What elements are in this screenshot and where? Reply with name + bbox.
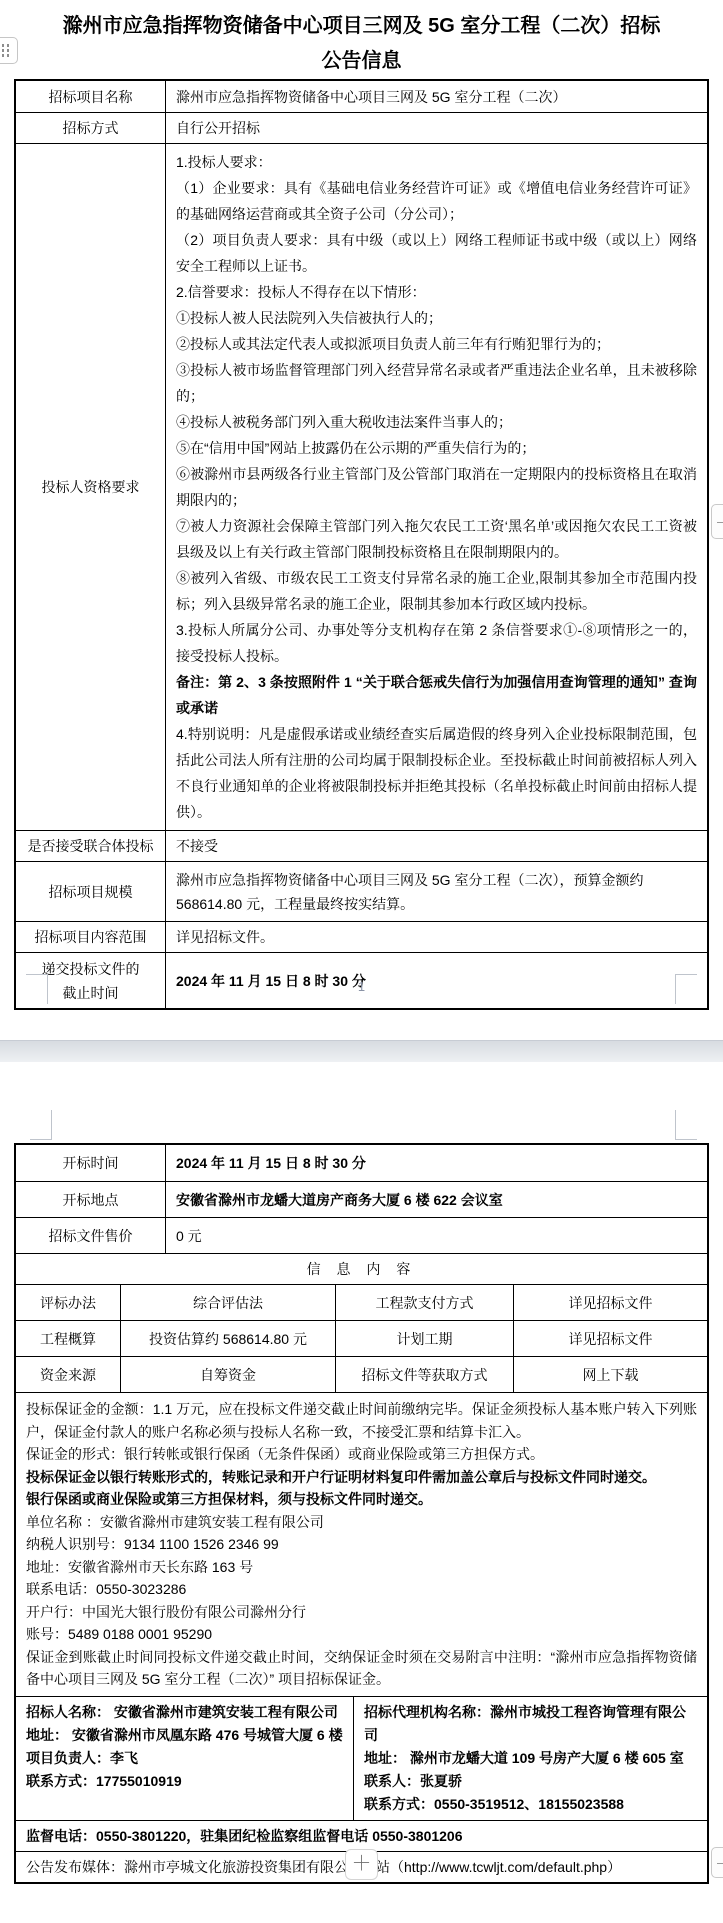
table-row-scope: 招标项目内容范围 详见招标文件。	[16, 921, 707, 952]
row-label: 招标项目内容范围	[16, 922, 166, 952]
info-cell: 招标文件等获取方式	[336, 1357, 514, 1392]
row-label: 投标人资格要求	[16, 144, 166, 830]
handle-mark-icon	[717, 1863, 723, 1868]
page-separator-band	[0, 1040, 723, 1062]
info-grid-row: 工程概算 投资估算约 568614.80 元 计划工期 详见招标文件	[16, 1320, 707, 1356]
qualification-paragraph: 1.投标人要求：	[176, 149, 697, 175]
info-cell: 投资估算约 568614.80 元	[121, 1321, 336, 1356]
row-value: 2024 年 11 月 15 日 8 时 30 分	[166, 1145, 707, 1181]
page-number: 1	[0, 979, 723, 994]
document-title: 滁州市应急指挥物资储备中心项目三网及 5G 室分工程（二次）招标 公告信息	[0, 0, 723, 78]
qualification-paragraph: ⑧被列入省级、市级农民工工资支付异常名录的施工企业,限制其参加全市范围内投标；列…	[176, 565, 697, 617]
row-label: 开标地点	[16, 1182, 166, 1217]
document-title-line1: 滁州市应急指挥物资储备中心项目三网及 5G 室分工程（二次）招标	[0, 10, 723, 43]
agency-contact-block: 招标代理机构名称：滁州市城投工程咨询管理有限公司地址： 滁州市龙蟠大道 109 …	[354, 1697, 707, 1820]
qualification-paragraph: ③投标人被市场监督管理部门列入经营异常名录或者严重违法企业名单，且未被移除的；	[176, 357, 697, 409]
table-row-method: 招标方式 自行公开招标	[16, 112, 707, 143]
side-handle-button[interactable]	[711, 504, 723, 539]
page-corner-mark	[30, 1110, 52, 1140]
deposit-paragraph: 银行保函或商业保险或第三方担保材料，须与投标文件同时递交。	[26, 1488, 697, 1511]
qualification-paragraph: ④投标人被税务部门列入重大税收违法案件当事人的；	[176, 409, 697, 435]
agency-contact-line: 招标代理机构名称：滁州市城投工程咨询管理有限公司	[364, 1701, 697, 1747]
bidder-contact-block: 招标人名称： 安徽省滁州市建筑安装工程有限公司地址： 安徽省滁州市凤凰东路 47…	[16, 1697, 354, 1820]
row-value: 滁州市应急指挥物资储备中心项目三网及 5G 室分工程（二次），预算金额约 568…	[166, 862, 707, 921]
tender-info-table: 招标项目名称 滁州市应急指挥物资储备中心项目三网及 5G 室分工程（二次） 招标…	[14, 79, 709, 1010]
bidder-contact-line: 项目负责人：李飞	[26, 1747, 343, 1770]
deposit-paragraph: 投标保证金的金额：1.1 万元，应在投标文件递交截止时间前缴纳完毕。保证金须投标…	[26, 1398, 697, 1443]
contacts-section: 招标人名称： 安徽省滁州市建筑安装工程有限公司地址： 安徽省滁州市凤凰东路 47…	[16, 1696, 707, 1820]
qualification-paragraph: ⑥被滁州市县两级各行业主管部门及公管部门取消在一定期限内的投标资格且在取消期限内…	[176, 461, 697, 513]
qualification-paragraph: 2.信誉要求：投标人不得存在以下情形：	[176, 279, 697, 305]
qualification-paragraph: 3.投标人所属分公司、办事处等分支机构存在第 2 条信誉要求①-⑧项情形之一的，…	[176, 617, 697, 669]
info-cell: 详见招标文件	[514, 1321, 707, 1356]
qualification-paragraph: （1）企业要求：具有《基础电信业务经营许可证》或《增值电信业务经营许可证》的基础…	[176, 175, 697, 227]
qualification-paragraph: （2）项目负责人要求：具有中级（或以上）网络工程师证书或中级（或以上）网络安全工…	[176, 227, 697, 279]
table-row-qualification: 投标人资格要求 1.投标人要求：（1）企业要求：具有《基础电信业务经营许可证》或…	[16, 143, 707, 830]
bidder-contact-line: 招标人名称： 安徽省滁州市建筑安装工程有限公司	[26, 1701, 343, 1724]
info-cell: 计划工期	[336, 1321, 514, 1356]
row-label: 招标文件售价	[16, 1218, 166, 1253]
info-cell: 网上下载	[514, 1357, 707, 1392]
table-row-open-place: 开标地点 安徽省滁州市龙蟠大道房产商务大厦 6 楼 622 会议室	[16, 1181, 707, 1217]
deposit-paragraph: 保证金到账截止时间同投标文件递交截止时间，交纳保证金时须在交易附言中注明：“滁州…	[26, 1646, 697, 1691]
agency-contact-line: 联系方式：0550-3519512、18155023588	[364, 1793, 697, 1816]
agency-contact-line: 联系人：张夏骄	[364, 1770, 697, 1793]
info-cell: 详见招标文件	[514, 1285, 707, 1320]
drag-dots-icon	[2, 44, 10, 57]
info-cell: 自筹资金	[121, 1357, 336, 1392]
bidder-contact-line: 联系方式：17755010919	[26, 1770, 343, 1793]
deposit-paragraph: 纳税人识别号：9134 1100 1526 2346 99	[26, 1533, 697, 1556]
info-grid-row: 评标办法 综合评估法 工程款支付方式 详见招标文件	[16, 1284, 707, 1320]
deposit-paragraph: 开户行：中国光大银行股份有限公司滁州分行	[26, 1601, 697, 1624]
table-row-consortium: 是否接受联合体投标 不接受	[16, 830, 707, 861]
document-viewer: 滁州市应急指挥物资储备中心项目三网及 5G 室分工程（二次）招标 公告信息 招标…	[0, 0, 723, 1923]
agency-contact-line: 地址： 滁州市龙蟠大道 109 号房产大厦 6 楼 605 室	[364, 1747, 697, 1770]
qualification-paragraph: ②投标人或其法定代表人或拟派项目负责人前三年有行贿犯罪行为的；	[176, 331, 697, 357]
deposit-paragraph: 联系电话：0550-3023286	[26, 1578, 697, 1601]
row-value: 自行公开招标	[166, 113, 707, 143]
info-cell: 工程款支付方式	[336, 1285, 514, 1320]
info-cell: 综合评估法	[121, 1285, 336, 1320]
qualification-paragraph: 备注：第 2、3 条按照附件 1 “关于联合惩戒失信行为加强信用查询管理的通知”…	[176, 669, 697, 721]
handle-mark-icon	[717, 522, 723, 527]
row-value: 安徽省滁州市龙蟠大道房产商务大厦 6 楼 622 会议室	[166, 1182, 707, 1217]
qualification-paragraph: ⑦被人力资源社会保障主管部门列入拖欠农民工工资‘黑名单’或因拖欠农民工工资被县级…	[176, 513, 697, 565]
table-row-open-time: 开标时间 2024 年 11 月 15 日 8 时 30 分	[16, 1145, 707, 1181]
row-value: 不接受	[166, 831, 707, 861]
add-content-button[interactable]: ＋	[345, 1849, 378, 1880]
row-value: 滁州市应急指挥物资储备中心项目三网及 5G 室分工程（二次）	[166, 81, 707, 112]
info-cell: 评标办法	[16, 1285, 121, 1320]
qualification-paragraph: ⑤在“信用中国”网站上披露仍在公示期的严重失信行为的；	[176, 435, 697, 461]
deposit-paragraph: 账号：5489 0188 0001 95290	[26, 1623, 697, 1646]
row-label: 招标项目规模	[16, 862, 166, 921]
side-handle-button[interactable]	[711, 1847, 723, 1878]
deposit-paragraph: 地址：安徽省滁州市天长东路 163 号	[26, 1556, 697, 1579]
page-2: 开标时间 2024 年 11 月 15 日 8 时 30 分 开标地点 安徽省滁…	[0, 1062, 723, 1923]
qualification-paragraph: ①投标人被人民法院列入失信被执行人的；	[176, 305, 697, 331]
info-cell: 工程概算	[16, 1321, 121, 1356]
info-cell: 资金来源	[16, 1357, 121, 1392]
deadline-label-line1: 递交投标文件的	[42, 957, 140, 981]
page-1: 滁州市应急指挥物资储备中心项目三网及 5G 室分工程（二次）招标 公告信息 招标…	[0, 0, 723, 1040]
deposit-paragraph: 投标保证金以银行转账形式的，转账记录和开户行证明材料复印件需加盖公章后与投标文件…	[26, 1466, 697, 1489]
bidder-contact-line: 地址： 安徽省滁州市凤凰东路 476 号城管大厦 6 楼	[26, 1724, 343, 1747]
row-label: 招标方式	[16, 113, 166, 143]
deposit-details-block: 投标保证金的金额：1.1 万元，应在投标文件递交截止时间前缴纳完毕。保证金须投标…	[16, 1392, 707, 1696]
supervision-phone-row: 监督电话：0550-3801220，驻集团纪检监察组监督电话 0550-3801…	[16, 1820, 707, 1851]
plus-icon: ＋	[352, 1853, 372, 1875]
table-drag-handle-button[interactable]	[0, 37, 18, 64]
row-value: 0 元	[166, 1218, 707, 1253]
info-content-header: 信 息 内 容	[16, 1253, 707, 1284]
row-label: 招标项目名称	[16, 81, 166, 112]
info-grid-row: 资金来源 自筹资金 招标文件等获取方式 网上下载	[16, 1356, 707, 1392]
page-corner-mark	[675, 1110, 697, 1140]
deposit-paragraph: 保证金的形式：银行转帐或银行保函（无条件保函）或商业保险或第三方担保方式。	[26, 1443, 697, 1466]
document-title-line2: 公告信息	[0, 45, 723, 78]
table-row-project-name: 招标项目名称 滁州市应急指挥物资储备中心项目三网及 5G 室分工程（二次）	[16, 81, 707, 112]
row-label: 是否接受联合体投标	[16, 831, 166, 861]
row-value: 详见招标文件。	[166, 922, 707, 952]
qualification-paragraph: 4.特别说明：凡是虚假承诺或业绩经查实后属造假的终身列入企业投标限制范围，包括此…	[176, 721, 697, 825]
deposit-paragraph: 单位名称 ：安徽省滁州市建筑安装工程有限公司	[26, 1511, 697, 1534]
row-label: 开标时间	[16, 1145, 166, 1181]
qualification-text-cell: 1.投标人要求：（1）企业要求：具有《基础电信业务经营许可证》或《增值电信业务经…	[166, 144, 707, 830]
table-row-scale: 招标项目规模 滁州市应急指挥物资储备中心项目三网及 5G 室分工程（二次），预算…	[16, 861, 707, 921]
bid-opening-table: 开标时间 2024 年 11 月 15 日 8 时 30 分 开标地点 安徽省滁…	[14, 1143, 709, 1884]
table-row-doc-price: 招标文件售价 0 元	[16, 1217, 707, 1253]
